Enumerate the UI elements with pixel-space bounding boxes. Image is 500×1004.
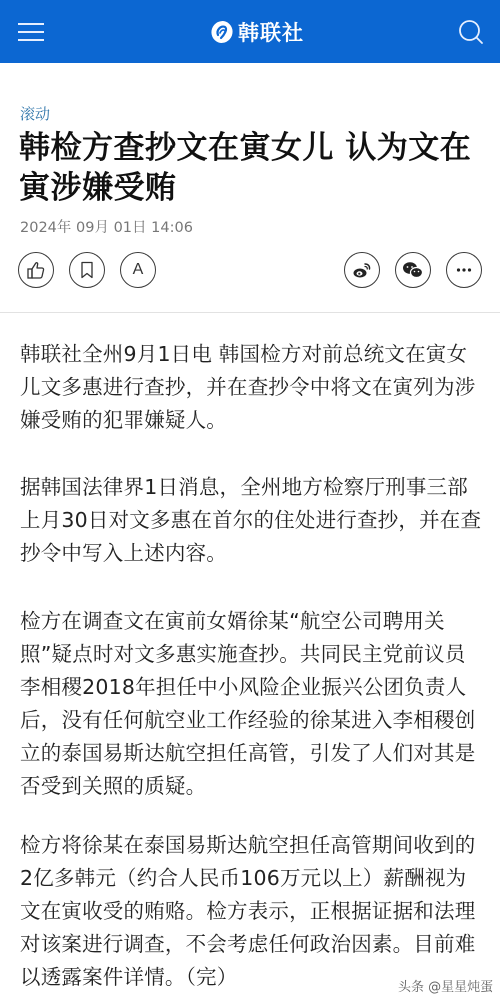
more-button[interactable] xyxy=(446,252,482,288)
search-icon[interactable] xyxy=(458,19,484,45)
bookmark-button[interactable] xyxy=(69,252,105,288)
article-headline: 韩检方查抄文在寅女儿 认为文在寅涉嫌受贿 xyxy=(19,128,484,208)
share-weibo-button[interactable] xyxy=(344,252,380,288)
share-wechat-button[interactable] xyxy=(395,252,431,288)
source-watermark: 头条 @星星炖蛋 xyxy=(398,976,493,995)
wechat-icon xyxy=(402,261,424,279)
article-paragraph: 检方在调查文在寅前女婿徐某“航空公司聘用关照”疑点时对文多惠实施查抄。共同民主党… xyxy=(20,605,485,803)
font-size-icon: A xyxy=(133,261,144,279)
like-button[interactable] xyxy=(18,252,54,288)
article-paragraph: 韩联社全州9月1日电 韩国检方对前总统文在寅女儿文多惠进行查抄，并在查抄令中将文… xyxy=(20,338,485,437)
font-size-button[interactable]: A xyxy=(120,252,156,288)
brand-logo[interactable]: 韩联社 xyxy=(210,17,304,47)
article-paragraph: 据韩国法律界1日消息，全州地方检察厅刑事三部上月30日对文多惠在首尔的住处进行查… xyxy=(20,471,485,570)
bookmark-icon xyxy=(79,261,95,279)
hamburger-menu-icon[interactable] xyxy=(18,20,44,42)
weibo-icon xyxy=(352,261,372,279)
top-navigation-bar: 韩联社 xyxy=(0,0,500,63)
article-paragraph: 检方将徐某在泰国易斯达航空担任高管期间收到的2亿多韩元（约合人民币106万元以上… xyxy=(20,829,485,994)
brand-name: 韩联社 xyxy=(238,17,304,47)
thumbs-up-icon xyxy=(26,260,46,280)
publish-timestamp: 2024年 09月 01日 14:06 xyxy=(20,216,193,237)
yonhap-logo-icon xyxy=(210,20,234,44)
category-label[interactable]: 滚动 xyxy=(20,103,50,124)
more-icon xyxy=(456,268,472,272)
section-divider xyxy=(0,312,500,313)
